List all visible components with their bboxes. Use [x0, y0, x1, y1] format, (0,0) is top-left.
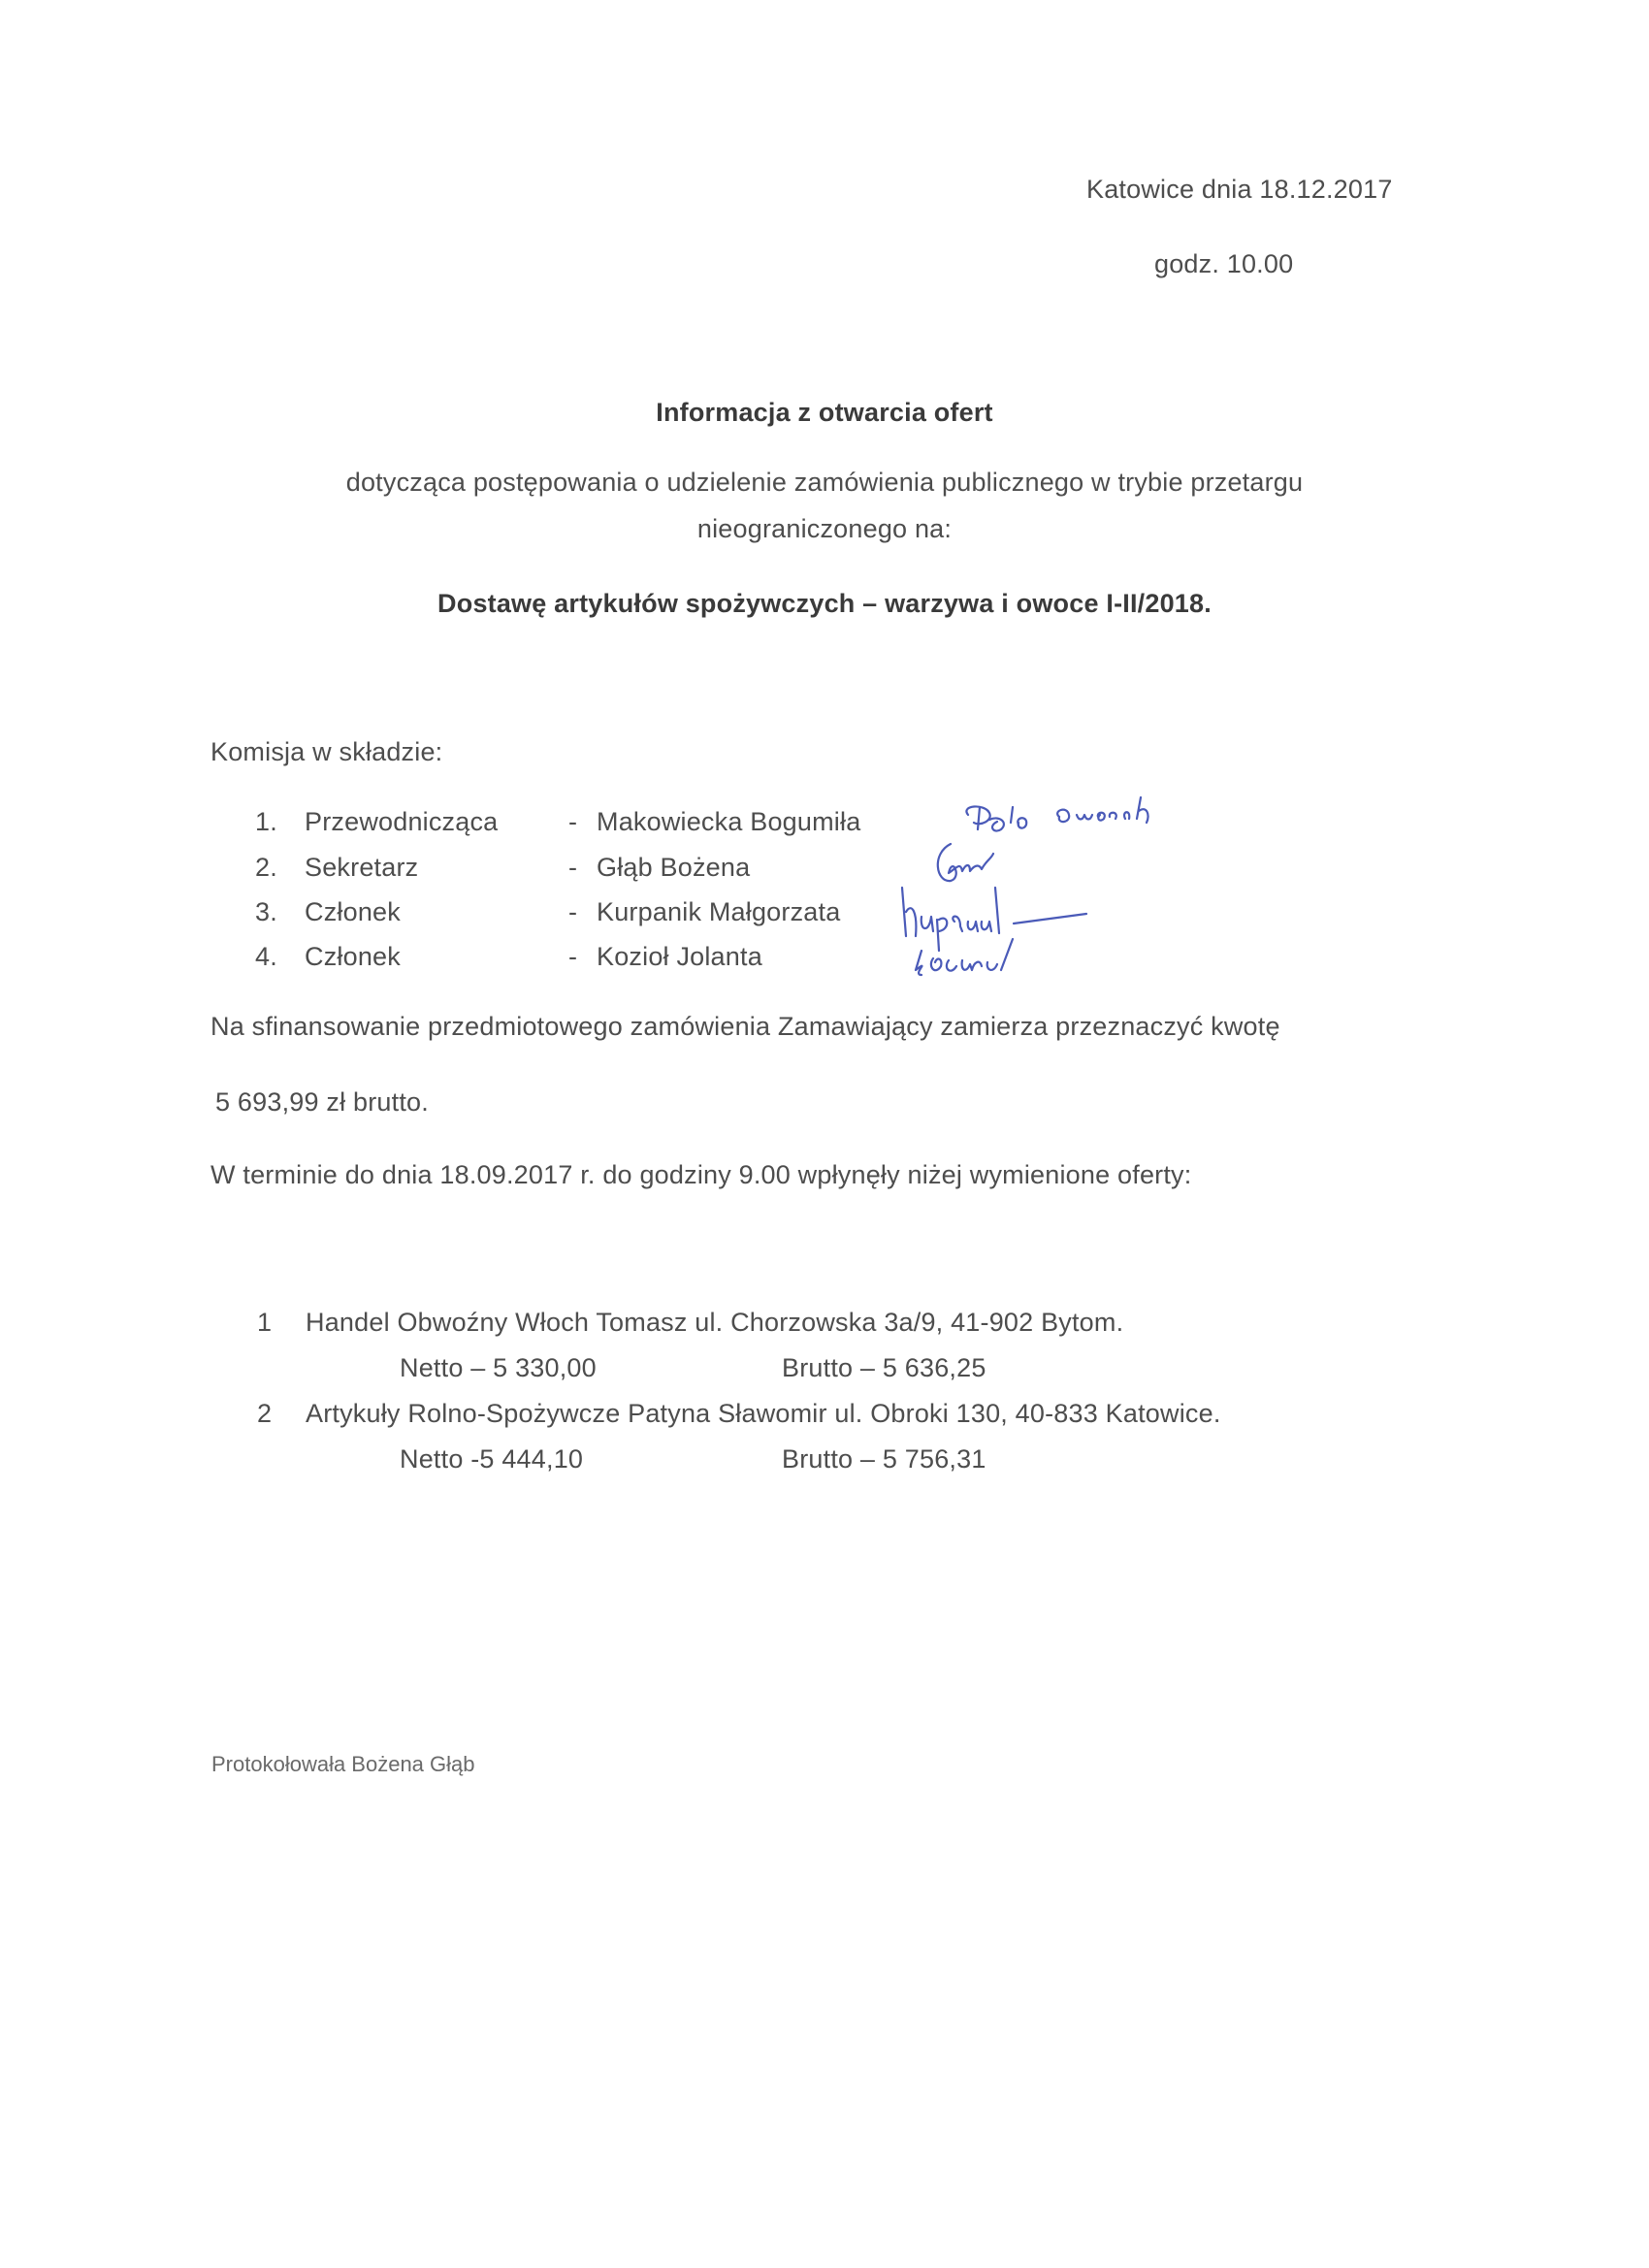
budget-line1: Na sfinansowanie przedmiotowego zamówien…: [210, 1012, 1280, 1042]
subtitle-line1: dotycząca postępowania o udzielenie zamó…: [0, 468, 1649, 498]
recorded-by: Protokołowała Bożena Głąb: [211, 1752, 475, 1777]
offer-netto: Netto – 5 330,00: [400, 1353, 597, 1383]
member-role: Członek: [305, 942, 401, 972]
page-title: Informacja z otwarcia ofert: [0, 398, 1649, 428]
offer-company: Handel Obwoźny Włoch Tomasz ul. Chorzows…: [306, 1308, 1123, 1338]
offer-netto: Netto -5 444,10: [400, 1444, 583, 1474]
subtitle-line2: nieograniczonego na:: [0, 514, 1649, 544]
offer-brutto: Brutto – 5 756,31: [782, 1444, 986, 1474]
place-date: Katowice dnia 18.12.2017: [1086, 175, 1393, 205]
member-dash: -: [568, 942, 577, 972]
handwritten-signatures: [892, 776, 1203, 989]
offer-company: Artykuły Rolno-Spożywcze Patyna Sławomir…: [306, 1399, 1221, 1429]
member-role: Przewodnicząca: [305, 807, 498, 837]
member-dash: -: [568, 897, 577, 927]
time: godz. 10.00: [1154, 249, 1293, 279]
member-name: Makowiecka Bogumiła: [597, 807, 860, 837]
committee-label: Komisja w składzie:: [210, 737, 442, 767]
budget-amount: 5 693,99 zł brutto.: [215, 1087, 429, 1118]
member-name: Kozioł Jolanta: [597, 942, 762, 972]
subject: Dostawę artykułów spożywczych – warzywa …: [0, 589, 1649, 619]
member-no: 4.: [255, 942, 277, 972]
offer-no: 2: [257, 1399, 272, 1429]
member-role: Członek: [305, 897, 401, 927]
member-name: Kurpanik Małgorzata: [597, 897, 840, 927]
member-dash: -: [568, 807, 577, 837]
deadline-text: W terminie do dnia 18.09.2017 r. do godz…: [210, 1160, 1191, 1190]
member-name: Głąb Bożena: [597, 853, 750, 883]
offer-no: 1: [257, 1308, 272, 1338]
member-role: Sekretarz: [305, 853, 418, 883]
member-dash: -: [568, 853, 577, 883]
member-no: 1.: [255, 807, 277, 837]
member-no: 2.: [255, 853, 277, 883]
offer-brutto: Brutto – 5 636,25: [782, 1353, 986, 1383]
member-no: 3.: [255, 897, 277, 927]
